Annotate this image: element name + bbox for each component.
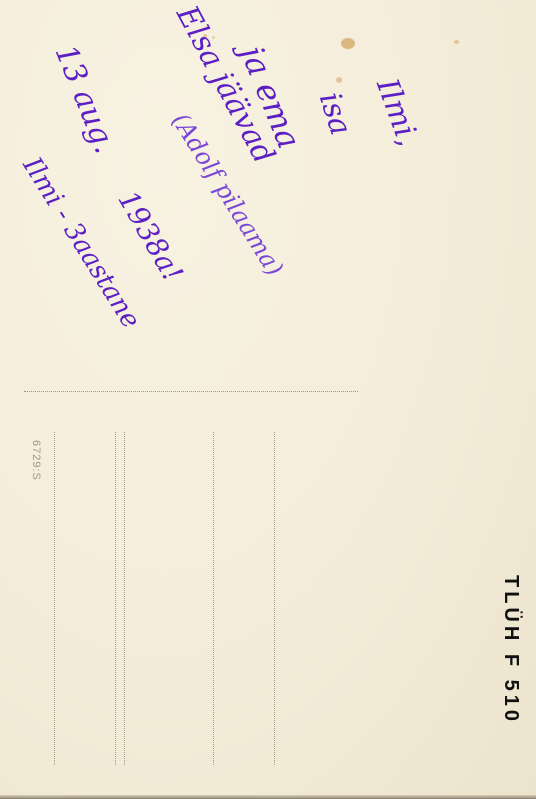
address-line bbox=[124, 432, 125, 765]
address-line bbox=[213, 432, 214, 765]
postcard-back: 6729:S Ilmi, isa ja ema Elsa jäävad (Ado… bbox=[0, 0, 536, 799]
address-line bbox=[54, 432, 55, 765]
stain bbox=[336, 77, 342, 83]
printed-code: 6729:S bbox=[30, 440, 42, 481]
stain bbox=[454, 40, 459, 44]
stain bbox=[341, 38, 355, 49]
handwriting-line: 1938a! bbox=[111, 185, 189, 287]
address-line bbox=[115, 432, 116, 765]
archive-mark: TLÜH F 510 bbox=[499, 575, 522, 725]
handwriting-line: Ilmi - 3aastane bbox=[17, 152, 146, 334]
card-edge bbox=[0, 795, 536, 799]
address-divider-line bbox=[24, 391, 358, 392]
address-line bbox=[274, 432, 275, 765]
handwriting-line: 13 aug. bbox=[48, 40, 123, 159]
handwriting-line: isa bbox=[312, 88, 359, 140]
handwriting-line: Ilmi, bbox=[369, 74, 425, 151]
